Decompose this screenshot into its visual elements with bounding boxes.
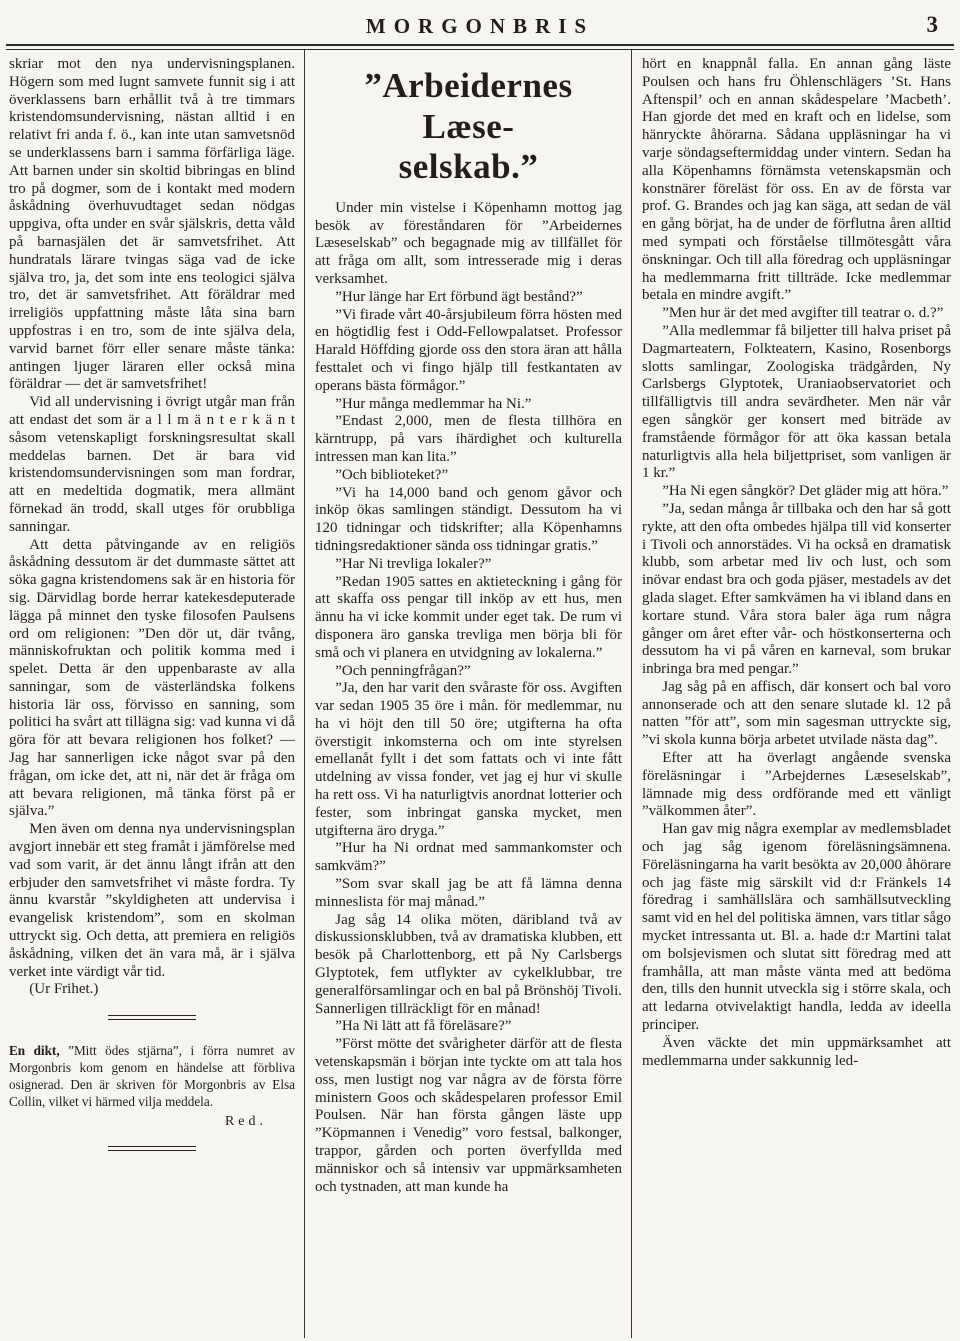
headline-line-2: selskab.” (315, 147, 622, 188)
separator-rule (108, 1015, 196, 1020)
middle-column-text: Under min vistelse i Köpenhamn mottog ja… (315, 200, 622, 1197)
paragraph: (Ur Frihet.) (9, 981, 295, 999)
paragraph: ”Redan 1905 sattes en aktieteckning i gå… (315, 574, 622, 663)
paragraph: ”Ja, sedan många år tillbaka och den har… (642, 501, 951, 679)
left-column-text: skriar mot den nya undervisningsplanen. … (9, 56, 295, 999)
paragraph: ”Hur många medlemmar ha Ni.” (315, 396, 622, 414)
journal-title: MORGONBRIS (0, 14, 960, 39)
paragraph: ”Endast 2,000, men de flesta tillhöra en… (315, 413, 622, 466)
paragraph: ”Hur ha Ni ordnat med sammankomster och … (315, 840, 622, 876)
paragraph: ”Och biblioteket?” (315, 467, 622, 485)
paragraph: ”Har Ni trevliga lokaler?” (315, 556, 622, 574)
notice-paragraph: En dikt, ”Mitt ödes stjärna”, i förra nu… (9, 1042, 295, 1110)
paragraph: Under min vistelse i Köpenhamn mottog ja… (315, 200, 622, 289)
newspaper-page: MORGONBRIS 3 skriar mot den nya undervis… (0, 0, 960, 1341)
separator-rule (108, 1146, 196, 1151)
paragraph: skriar mot den nya undervisningsplanen. … (9, 56, 295, 394)
column-left: skriar mot den nya undervisningsplanen. … (4, 50, 304, 1338)
headline-line-1: ”Arbeidernes Læse- (315, 66, 622, 147)
paragraph: ”Som svar skall jag be att få lämna denn… (315, 876, 622, 912)
paragraph: Men även om denna nya undervisningsplan … (9, 821, 295, 981)
paragraph: hört en knappnål falla. En annan gång lä… (642, 56, 951, 305)
paragraph: ”Ja, den har varit den svåraste för oss.… (315, 680, 622, 840)
page-number: 3 (927, 12, 939, 38)
paragraph: Jag såg på en affisch, där konsert och b… (642, 679, 951, 750)
notice-signature: Red. (9, 1114, 267, 1130)
article-headline: ”Arbeidernes Læse- selskab.” (315, 66, 622, 188)
paragraph: Jag såg 14 olika möten, däribland två av… (315, 912, 622, 1019)
paragraph: Även väckte det min uppmärksamhet att me… (642, 1035, 951, 1071)
paragraph: Att detta påtvingande av en religiös åsk… (9, 537, 295, 822)
paragraph: Efter att ha överlagt angående svenska f… (642, 750, 951, 821)
column-layout: skriar mot den nya undervisningsplanen. … (4, 50, 956, 1338)
column-right: hört en knappnål falla. En annan gång lä… (631, 50, 956, 1338)
page-header: MORGONBRIS 3 (0, 0, 960, 44)
paragraph: ”Först mötte det svårigheter därför att … (315, 1036, 622, 1196)
paragraph: ”Vi ha 14,000 band och genom gåvor och i… (315, 485, 622, 556)
notice-lead: En dikt, (9, 1043, 60, 1058)
paragraph: ”Alla medlemmar få biljetter till halva … (642, 323, 951, 483)
column-middle: ”Arbeidernes Læse- selskab.” Under min v… (304, 50, 631, 1338)
paragraph: ”Hur länge har Ert förbund ägt bestånd?” (315, 289, 622, 307)
paragraph: ”Ha Ni lätt att få föreläsare?” (315, 1018, 622, 1036)
paragraph: ”Ha Ni egen sångkör? Det gläder mig att … (642, 483, 951, 501)
paragraph: ”Och penningfrågan?” (315, 663, 622, 681)
paragraph: Han gav mig några exemplar av medlemsbla… (642, 821, 951, 1035)
editorial-notice: En dikt, ”Mitt ödes stjärna”, i förra nu… (9, 1042, 295, 1130)
paragraph: Vid all undervisning i övrigt utgår man … (9, 394, 295, 536)
right-column-text: hört en knappnål falla. En annan gång lä… (642, 56, 951, 1070)
paragraph: ”Vi firade vårt 40-årsjubileum förra hös… (315, 307, 622, 396)
paragraph: ”Men hur är det med avgifter till teatra… (642, 305, 951, 323)
